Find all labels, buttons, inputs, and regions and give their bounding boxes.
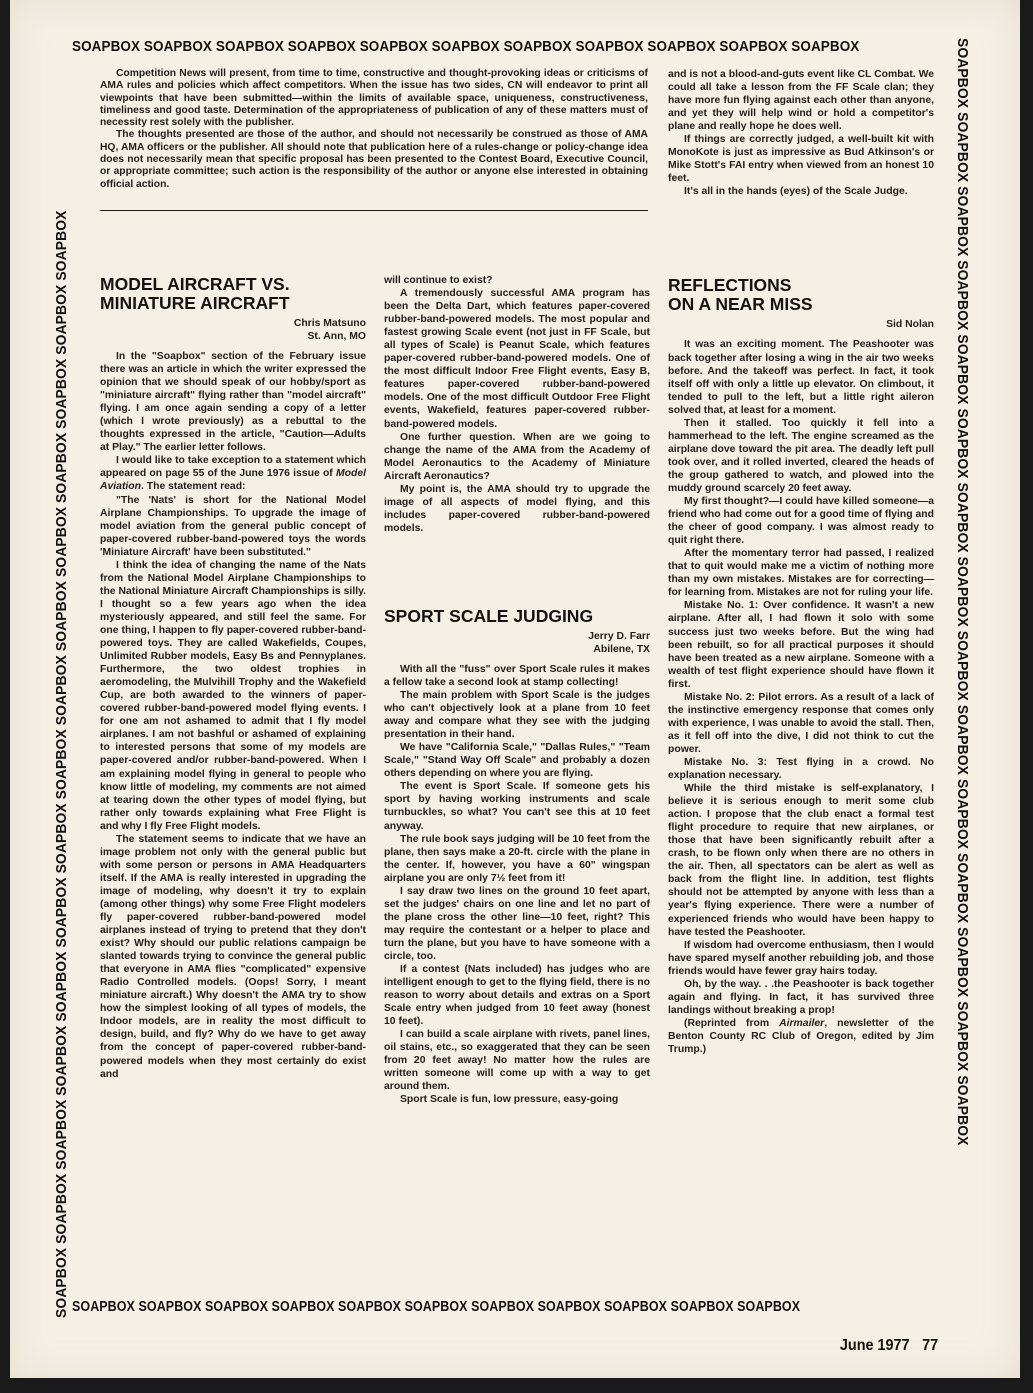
article-paragraph: While the third mistake is self-explanat… xyxy=(668,782,934,939)
article-paragraph: Oh, by the way. . .the Peashooter is bac… xyxy=(668,978,934,1017)
column-left: MODEL AIRCRAFT VS. MINIATURE AIRCRAFT Ch… xyxy=(100,275,366,1081)
article-paragraph: If things are correctly judged, a well-b… xyxy=(668,133,934,185)
soapbox-border-bottom: SOAPBOX SOAPBOX SOAPBOX SOAPBOX SOAPBOX … xyxy=(72,1299,800,1315)
article-paragraph: I say draw two lines on the ground 10 fe… xyxy=(384,885,650,963)
byline: Sid Nolan xyxy=(668,318,934,331)
article-paragraph: Mistake No. 3: Test flying in a crowd. N… xyxy=(668,756,934,782)
article-paragraph: Sport Scale is fun, low pressure, easy-g… xyxy=(384,1093,650,1106)
author-location: St. Ann, MO xyxy=(308,331,367,342)
soapbox-border-top: SOAPBOX SOAPBOX SOAPBOX SOAPBOX SOAPBOX … xyxy=(72,39,859,55)
author-location: Abilene, TX xyxy=(593,644,650,655)
soapbox-border-right: SOAPBOX SOAPBOX SOAPBOX SOAPBOX SOAPBOX … xyxy=(954,38,970,1145)
author-name: Sid Nolan xyxy=(886,319,934,330)
column-right: and is not a blood-and-guts event like C… xyxy=(668,68,934,1056)
article-paragraph: With all the "fuss" over Sport Scale rul… xyxy=(384,663,650,689)
article-paragraph: Mistake No. 2: Pilot errors. As a result… xyxy=(668,691,934,756)
article-paragraph: In the "Soapbox" section of the February… xyxy=(100,350,366,454)
editorial-disclaimer: Competition News will present, from time… xyxy=(100,68,648,191)
article-paragraph: The rule book says judging will be 10 fe… xyxy=(384,833,650,885)
article-paragraph: If wisdom had overcome enthusiasm, then … xyxy=(668,939,934,978)
magazine-page: SOAPBOX SOAPBOX SOAPBOX SOAPBOX SOAPBOX … xyxy=(10,0,1020,1378)
newsletter-title: Airmailer xyxy=(779,1018,824,1029)
article-title-model-aircraft: MODEL AIRCRAFT VS. MINIATURE AIRCRAFT xyxy=(100,275,366,313)
article-paragraph: The event is Sport Scale. If someone get… xyxy=(384,780,650,832)
article-paragraph: The main problem with Sport Scale is the… xyxy=(384,689,650,741)
article-title-sport-scale: SPORT SCALE JUDGING xyxy=(384,607,650,626)
page-footer: June 197777 xyxy=(840,1337,938,1355)
soapbox-border-left: SOAPBOX SOAPBOX SOAPBOX SOAPBOX SOAPBOX … xyxy=(54,211,70,1318)
article-paragraph: I think the idea of changing the name of… xyxy=(100,559,366,833)
article-paragraph: It was an exciting moment. The Peashoote… xyxy=(668,338,934,416)
page-number: 77 xyxy=(922,1337,938,1354)
article-paragraph: It's all in the hands (eyes) of the Scal… xyxy=(668,185,934,198)
quoted-statement: "The 'Nats' is short for the National Mo… xyxy=(100,494,366,559)
article-paragraph: The statement seems to indicate that we … xyxy=(100,833,366,1081)
byline: Chris Matsuno St. Ann, MO xyxy=(100,317,366,343)
author-name: Jerry D. Farr xyxy=(588,631,650,642)
article-paragraph: Then it stalled. Too quickly it fell int… xyxy=(668,417,934,495)
article-paragraph: Mistake No. 1: Over confidence. It wasn'… xyxy=(668,599,934,690)
article-paragraph: My first thought?—I could have killed so… xyxy=(668,495,934,547)
article-paragraph: and is not a blood-and-guts event like C… xyxy=(668,68,934,133)
article-paragraph: My point is, the AMA should try to upgra… xyxy=(384,483,650,535)
author-name: Chris Matsuno xyxy=(294,318,366,329)
article-paragraph: After the momentary terror had passed, I… xyxy=(668,547,934,599)
article-paragraph: If a contest (Nats included) has judges … xyxy=(384,963,650,1028)
article-paragraph: One further question. When are we going … xyxy=(384,431,650,483)
divider-rule xyxy=(100,210,648,211)
article-paragraph: I would like to take exception to a stat… xyxy=(100,454,366,493)
column-middle: will continue to exist? A tremendously s… xyxy=(384,274,650,1107)
reprint-credit: (Reprinted from Airmailer, newsletter of… xyxy=(668,1017,934,1056)
article-paragraph: We have "California Scale," "Dallas Rule… xyxy=(384,741,650,780)
article-paragraph: will continue to exist? xyxy=(384,274,650,287)
article-title-near-miss: REFLECTIONS ON A NEAR MISS xyxy=(668,276,934,314)
disclaimer-paragraph: Competition News will present, from time… xyxy=(100,68,648,129)
byline: Jerry D. Farr Abilene, TX xyxy=(384,630,650,656)
article-paragraph: I can build a scale airplane with rivets… xyxy=(384,1028,650,1093)
disclaimer-paragraph: The thoughts presented are those of the … xyxy=(100,129,648,190)
issue-date: June 1977 xyxy=(840,1337,910,1354)
article-paragraph: A tremendously successful AMA program ha… xyxy=(384,287,650,431)
